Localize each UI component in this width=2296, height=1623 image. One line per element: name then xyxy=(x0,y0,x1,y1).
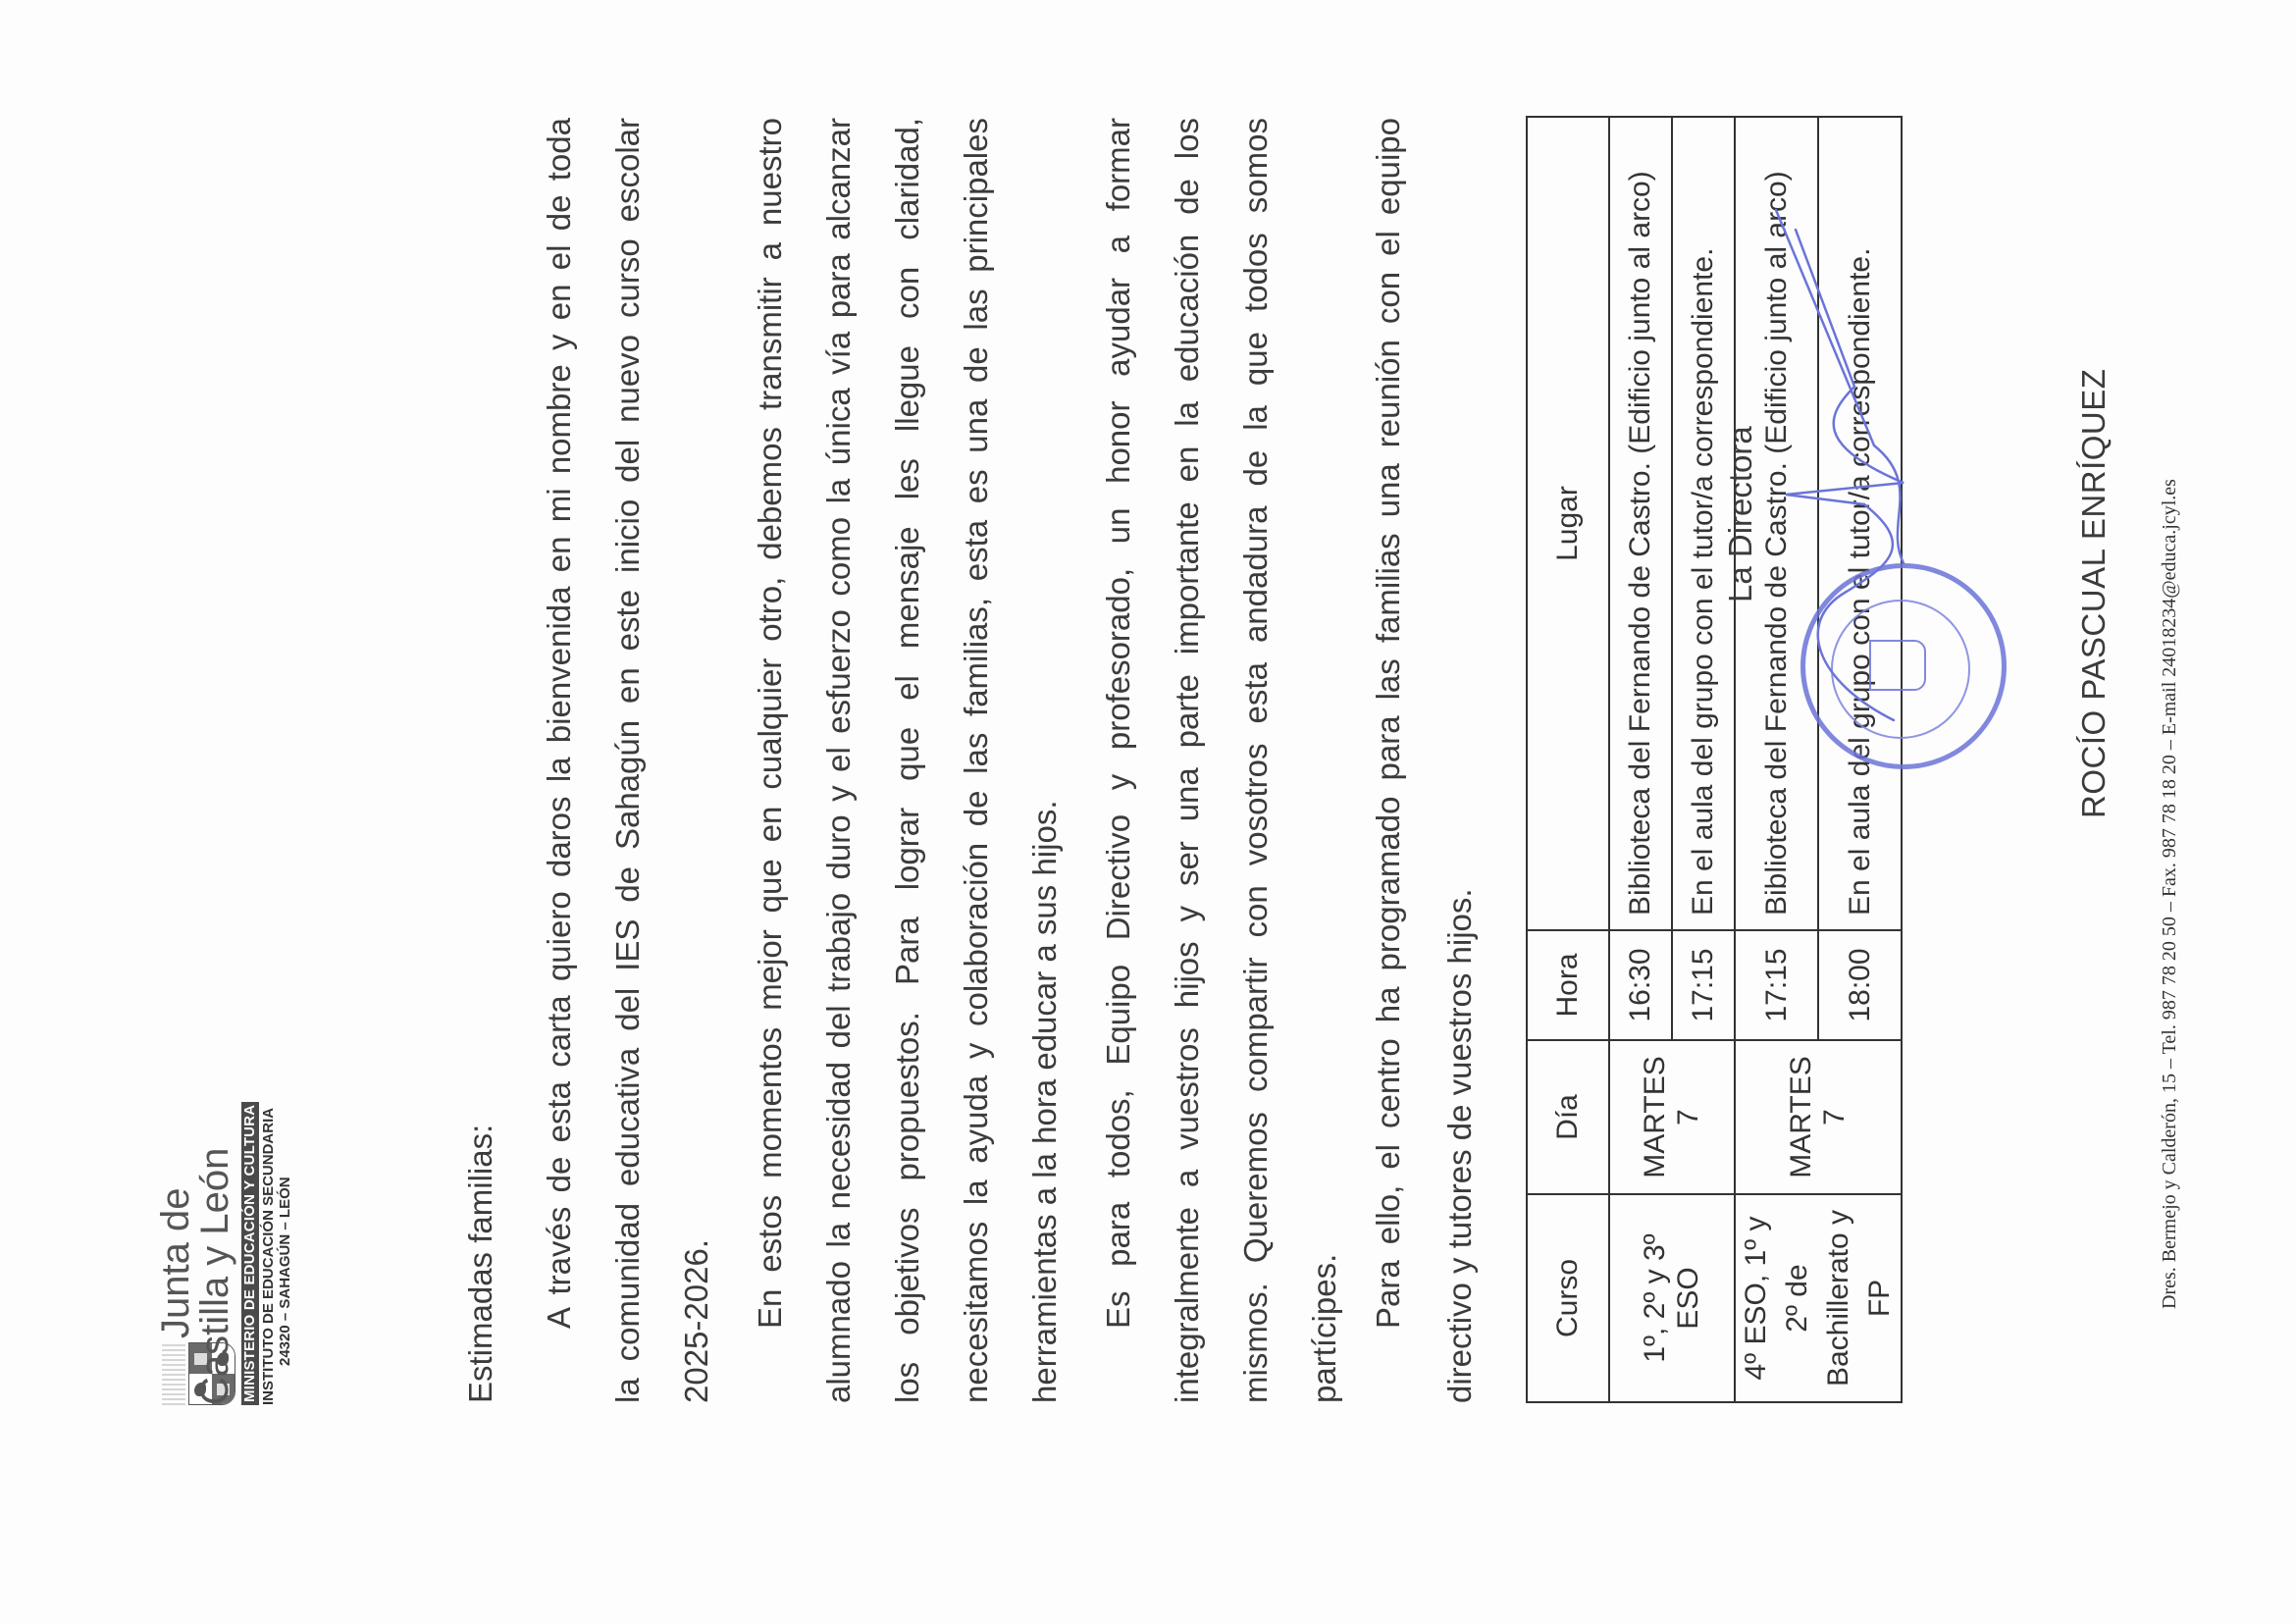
letter-line: herramientas a la hora educar a sus hijo… xyxy=(1025,801,1065,1404)
lugar-cell: Biblioteca del Fernando de Castro. (Edif… xyxy=(1609,117,1672,930)
ministry-label: MINISTERIO DE EDUCACIÓN Y CULTURA xyxy=(241,1102,259,1405)
letter-line: directivo y tutores de vuestros hijos. xyxy=(1440,888,1480,1403)
hora-cell: 17:15 xyxy=(1672,930,1735,1040)
hora-cell: 16:30 xyxy=(1609,930,1672,1040)
letter-line: En estos momentos mejor que en cualquier… xyxy=(751,118,790,1329)
brand-line-2: Castilla y León xyxy=(196,1148,234,1405)
director-title: La Directora xyxy=(1722,426,1759,602)
location-label: 24320 – SAHAGÚN – LEÓN xyxy=(277,1177,294,1366)
letter-line: necesitamos la ayuda y colaboración de l… xyxy=(957,118,996,1403)
letter-line: A través de esta carta quiero daros la b… xyxy=(540,118,579,1329)
column-header-hora: Hora xyxy=(1527,930,1609,1040)
hora-cell: 18:00 xyxy=(1818,930,1902,1040)
letter-line: integralmente a vuestros hijos y ser una… xyxy=(1168,118,1207,1403)
letter-line: partícipes. xyxy=(1305,1254,1344,1403)
brand-line-1: Junta de xyxy=(157,1188,194,1338)
column-header-lugar: Lugar xyxy=(1527,117,1609,930)
institute-label: INSTITUTO DE EDUCACIÓN SECUNDARIA xyxy=(260,1108,278,1405)
column-header-dia: Día xyxy=(1527,1040,1609,1194)
table-header-row: Curso Día Hora Lugar xyxy=(1527,117,1609,1402)
hora-cell: 17:15 xyxy=(1735,930,1818,1040)
crown-icon xyxy=(162,1344,185,1405)
column-header-curso: Curso xyxy=(1527,1194,1609,1402)
letter-line: Es para todos, Equipo Directivo y profes… xyxy=(1099,118,1138,1329)
letter-line: la comunidad educativa del IES de Sahagú… xyxy=(608,118,648,1403)
director-name: ROCÍO PASCUAL ENRÍQUEZ xyxy=(2075,369,2113,818)
curso-cell: 1º, 2º y 3º ESO xyxy=(1609,1194,1735,1402)
dia-cell: MARTES 7 xyxy=(1609,1040,1735,1194)
letter-line: los objetivos propuestos. Para lograr qu… xyxy=(888,118,927,1403)
table-row: 1º, 2º y 3º ESO MARTES 7 16:30 Bibliotec… xyxy=(1609,117,1672,1402)
scanned-letter-page: Junta de Castilla y León MINISTERIO DE E… xyxy=(0,0,2296,1623)
greeting: Estimadas familias: xyxy=(461,1125,500,1403)
letter-line: mismos. Queremos compartir con vosotros … xyxy=(1236,118,1276,1403)
letter-line: Para ello, el centro ha programado para … xyxy=(1369,118,1408,1329)
curso-cell: 4º ESO, 1º y 2º de Bachillerato y FP xyxy=(1735,1194,1902,1402)
footer-contact: Dres. Bermejo y Calderón, 15 – Tel. 987 … xyxy=(2159,479,2181,1309)
letter-line: 2025-2026. xyxy=(677,1239,716,1403)
letter-line: alumnado la necesidad del trabajo duro y… xyxy=(819,118,859,1403)
dia-cell: MARTES 7 xyxy=(1735,1040,1902,1194)
handwritten-signature-icon xyxy=(1756,190,1953,740)
